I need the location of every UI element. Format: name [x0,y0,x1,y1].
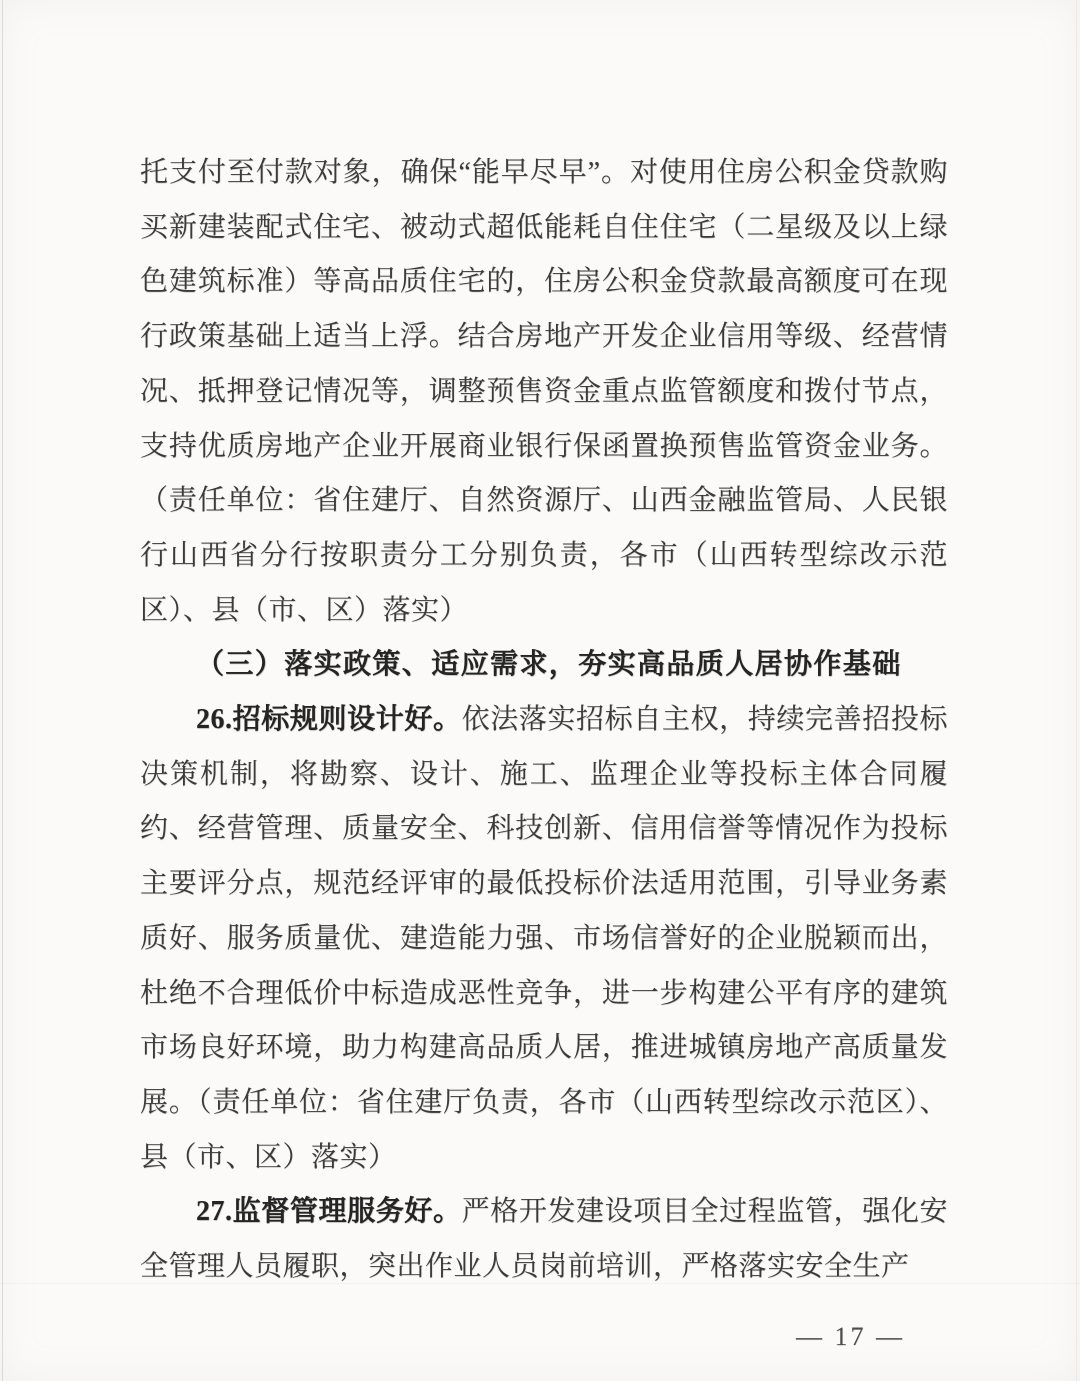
paragraph-item-26-text: 依法落实招标自主权，持续完善招投标决策机制，将勘察、设计、施工、监理企业等投标主… [140,704,948,1173]
page-number: — 17 — [796,1320,905,1354]
scan-edge-left-artifact [2,0,3,1381]
paragraph-item-27: 27.监督管理服务好。严格开发建设项目全过程监管，强化安全管理人员履职，突出作业… [140,1185,948,1294]
paragraph-item-26: 26.招标规则设计好。依法落实招标自主权，持续完善招投标决策机制，将勘察、设计、… [140,693,948,1185]
section-heading-3: （三）落实政策、适应需求，夯实高品质人居协作基础 [140,638,948,693]
scanned-document-page: 托支付至付款对象，确保“能早尽早”。对使用住房公积金贷款购买新建装配式住宅、被动… [0,0,1080,1381]
paragraph-item-26-lead: 26.招标规则设计好。 [196,704,462,735]
document-body: 托支付至付款对象，确保“能早尽早”。对使用住房公积金贷款购买新建装配式住宅、被动… [140,146,948,1295]
scan-edge-right-artifact [1076,0,1077,1381]
paragraph-item-27-lead: 27.监督管理服务好。 [196,1196,462,1227]
paragraph-continuation: 托支付至付款对象，确保“能早尽早”。对使用住房公积金贷款购买新建装配式住宅、被动… [140,146,948,638]
